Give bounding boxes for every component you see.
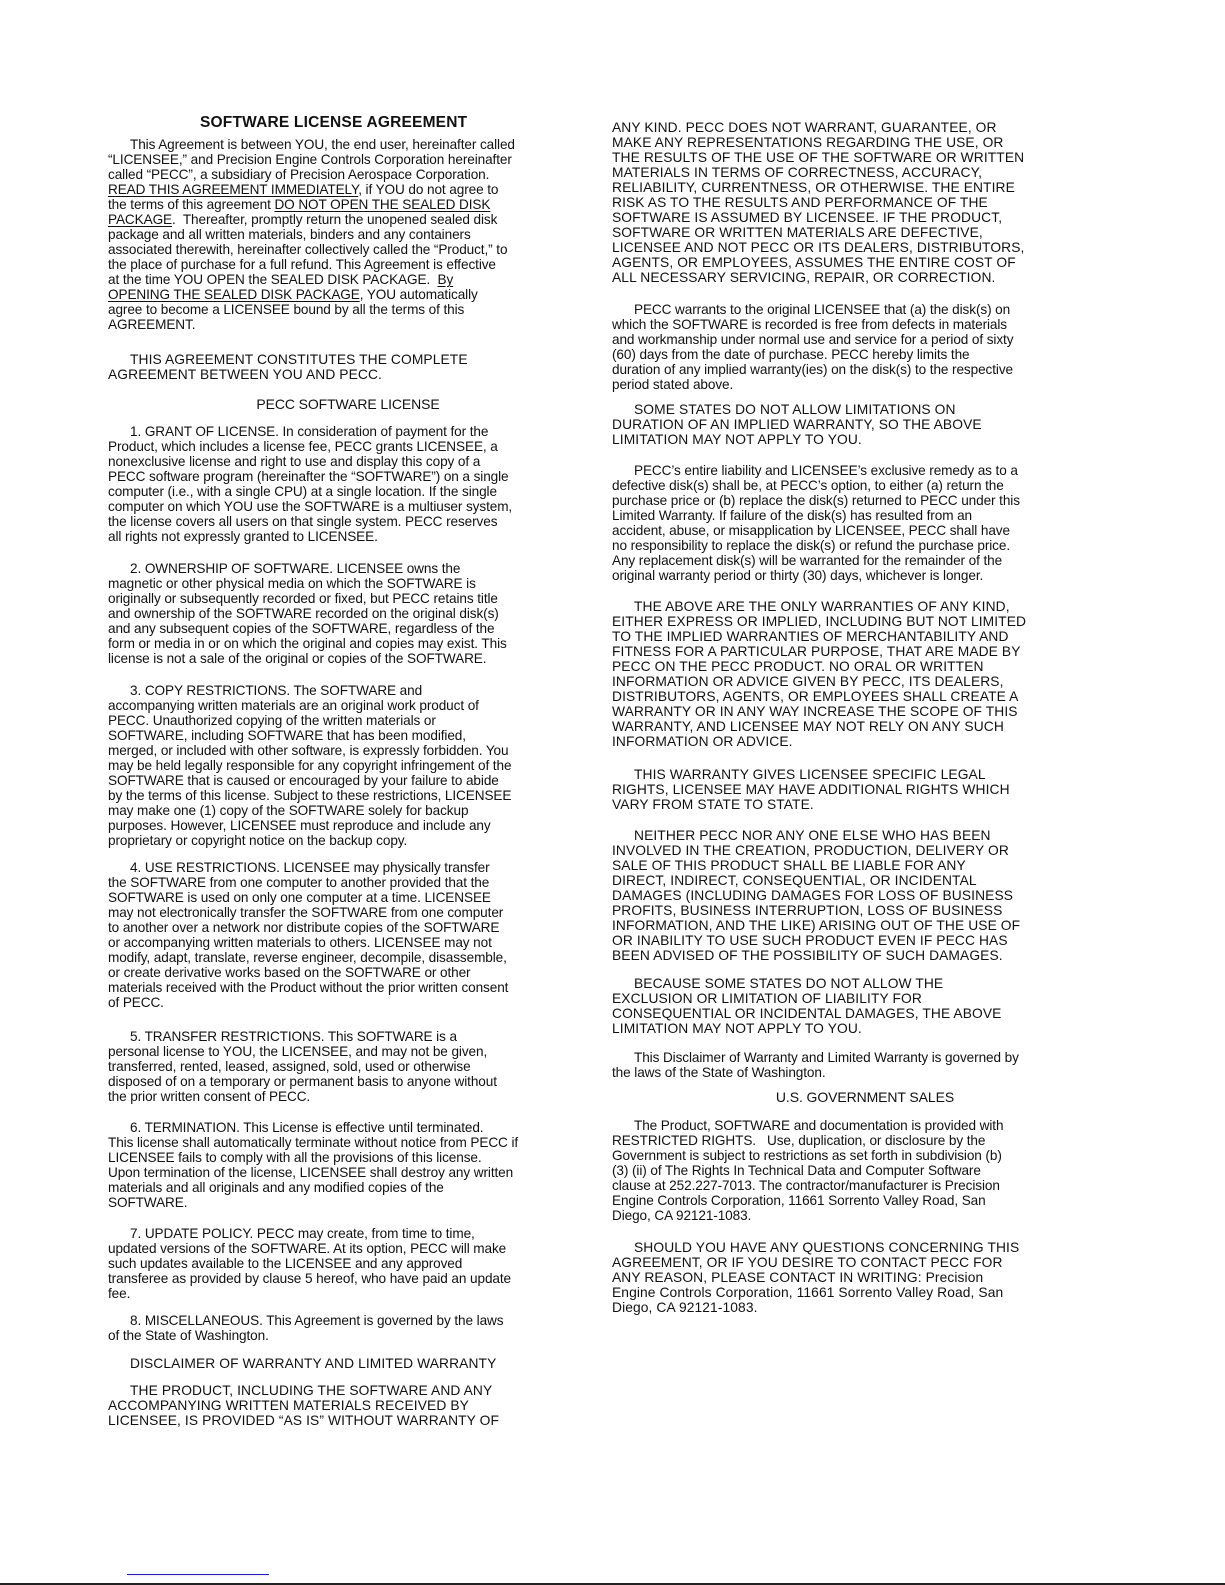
text-line: accident, abuse, or misapplication by LI…	[612, 523, 1118, 538]
text-line: materials and all originals and any modi…	[108, 1180, 588, 1195]
text-line: SOFTWARE that is caused or encouraged by…	[108, 773, 588, 788]
text-line: defective disk(s) shall be, at PECC’s op…	[612, 478, 1118, 493]
text-line: DURATION OF AN IMPLIED WARRANTY, SO THE …	[612, 417, 1118, 432]
section-7-update: 7. UPDATE POLICY. PECC may create, from …	[108, 1226, 588, 1301]
text-line: Engine Controls Corporation, 11661 Sorre…	[612, 1285, 1118, 1300]
only-warranties-paragraph: THE ABOVE ARE THE ONLY WARRANTIES OF ANY…	[612, 599, 1118, 749]
text-line: BECAUSE SOME STATES DO NOT ALLOW THE	[612, 976, 1118, 991]
text-line: THIS AGREEMENT CONSTITUTES THE COMPLETE	[108, 352, 588, 367]
section-2-ownership: 2. OWNERSHIP OF SOFTWARE. LICENSEE owns …	[108, 561, 588, 666]
text-line: MATERIALS IN TERMS OF CORRECTNESS, ACCUR…	[612, 165, 1118, 180]
text-line: This license shall automatically termina…	[108, 1135, 588, 1150]
text-line: of PECC.	[108, 995, 588, 1010]
text-line: purposes. However, LICENSEE must reprodu…	[108, 818, 588, 833]
text-line: SOFTWARE OR WRITTEN MATERIALS ARE DEFECT…	[612, 225, 1118, 240]
text-line: may not electronically transfer the SOFT…	[108, 905, 588, 920]
text-line: PECC ON THE PECC PRODUCT. NO ORAL OR WRI…	[612, 659, 1118, 674]
text-line: computer on which YOU use the SOFTWARE i…	[108, 499, 588, 514]
text-line: 8. MISCELLANEOUS. This Agreement is gove…	[108, 1313, 588, 1328]
disclaimer-paragraph-start: THE PRODUCT, INCLUDING THE SOFTWARE AND …	[108, 1383, 588, 1428]
text-line: RISK AS TO THE RESULTS AND PERFORMANCE O…	[612, 195, 1118, 210]
section-8-misc: 8. MISCELLANEOUS. This Agreement is gove…	[108, 1313, 588, 1343]
text-line: EXCLUSION OR LIMITATION OF LIABILITY FOR	[612, 991, 1118, 1006]
text-line: The Product, SOFTWARE and documentation …	[612, 1118, 1118, 1133]
text-line: RIGHTS, LICENSEE MAY HAVE ADDITIONAL RIG…	[612, 782, 1118, 797]
scan-artifact-blue-line	[127, 1574, 269, 1575]
gov-sales-heading: U.S. GOVERNMENT SALES	[612, 1090, 1118, 1105]
text-line: associated therewith, hereinafter collec…	[108, 242, 588, 257]
text-line: THE PRODUCT, INCLUDING THE SOFTWARE AND …	[108, 1383, 588, 1398]
text-line: INFORMATION OR ADVICE GIVEN BY PECC, ITS…	[612, 674, 1118, 689]
text-fragment: , YOU automatically	[360, 287, 478, 302]
text-line: Engine Controls Corporation, 11661 Sorre…	[612, 1193, 1118, 1208]
text-line: may make one (1) copy of the SOFTWARE so…	[108, 803, 588, 818]
section-5-transfer: 5. TRANSFER RESTRICTIONS. This SOFTWARE …	[108, 1029, 588, 1104]
text-line: BEEN ADVISED OF THE POSSIBILITY OF SUCH …	[612, 948, 1118, 963]
section-heading: U.S. GOVERNMENT SALES	[612, 1090, 1118, 1105]
text-line: Government is subject to restrictions as…	[612, 1148, 1118, 1163]
text-fragment: , if YOU do not agree to	[358, 182, 498, 197]
text-line: the prior written consent of PECC.	[108, 1089, 588, 1104]
text-line: PECC software program (hereinafter the “…	[108, 469, 588, 484]
text-line: transferee as provided by clause 5 hereo…	[108, 1271, 588, 1286]
text-line: license is not a sale of the original or…	[108, 651, 588, 666]
text-line: MAKE ANY REPRESENTATIONS REGARDING THE U…	[612, 135, 1118, 150]
text-line: and workmanship under normal use and ser…	[612, 332, 1118, 347]
text-line: THIS WARRANTY GIVES LICENSEE SPECIFIC LE…	[612, 767, 1118, 782]
text-line: THE ABOVE ARE THE ONLY WARRANTIES OF ANY…	[612, 599, 1118, 614]
text-line: INVOLVED IN THE CREATION, PRODUCTION, DE…	[612, 843, 1118, 858]
text-line: THE RESULTS OF THE USE OF THE SOFTWARE O…	[612, 150, 1118, 165]
text-line: LIMITATION MAY NOT APPLY TO YOU.	[612, 432, 1118, 447]
text-line: SOFTWARE is used on only one computer at…	[108, 890, 588, 905]
text-line: ANY KIND. PECC DOES NOT WARRANT, GUARANT…	[612, 120, 1118, 135]
section-6-termination: 6. TERMINATION. This License is effectiv…	[108, 1120, 588, 1210]
text-line: PACKAGE. Thereafter, promptly return the…	[108, 212, 588, 227]
text-line: accompanying written materials are an or…	[108, 698, 588, 713]
text-line: DIRECT, INDIRECT, CONSEQUENTIAL, OR INCI…	[612, 873, 1118, 888]
disclaimer-paragraph-continued: ANY KIND. PECC DOES NOT WARRANT, GUARANT…	[612, 120, 1118, 285]
text-line: PROFITS, BUSINESS INTERRUPTION, LOSS OF …	[612, 903, 1118, 918]
text-line: or accompanying written materials to oth…	[108, 935, 588, 950]
text-line: AGREEMENT, OR IF YOU DESIRE TO CONTACT P…	[612, 1255, 1118, 1270]
text-line: TO THE IMPLIED WARRANTIES OF MERCHANTABI…	[612, 629, 1118, 644]
text-line: duration of any implied warranty(ies) on…	[612, 362, 1118, 377]
text-line: DAMAGES (INCLUDING DAMAGES FOR LOSS OF B…	[612, 888, 1118, 903]
text-line: ALL NECESSARY SERVICING, REPAIR, OR CORR…	[612, 270, 1118, 285]
text-line: (3) (ii) of The Rights In Technical Data…	[612, 1163, 1118, 1178]
text-line: SOFTWARE IS ASSUMED BY LICENSEE. IF THE …	[612, 210, 1118, 225]
text-line: CONSEQUENTIAL OR INCIDENTAL DAMAGES, THE…	[612, 1006, 1118, 1021]
underlined-warning: By	[437, 272, 453, 287]
section-4-use: 4. USE RESTRICTIONS. LICENSEE may physic…	[108, 860, 588, 1010]
contact-paragraph: SHOULD YOU HAVE ANY QUESTIONS CONCERNING…	[612, 1240, 1118, 1315]
text-line: DISTRIBUTORS, AGENTS, OR EMPLOYEES SHALL…	[612, 689, 1118, 704]
limited-warranty-paragraph: PECC warrants to the original LICENSEE t…	[612, 302, 1118, 392]
text-line: no responsibility to replace the disk(s)…	[612, 538, 1118, 553]
text-line: LICENSEE, IS PROVIDED “AS IS” WITHOUT WA…	[108, 1413, 588, 1428]
text-line: EITHER EXPRESS OR IMPLIED, INCLUDING BUT…	[612, 614, 1118, 629]
text-line: materials received with the Product with…	[108, 980, 588, 995]
disclaimer-heading: DISCLAIMER OF WARRANTY AND LIMITED WARRA…	[108, 1356, 588, 1371]
text-line: 3. COPY RESTRICTIONS. The SOFTWARE and	[108, 683, 588, 698]
text-line: Limited Warranty. If failure of the disk…	[612, 508, 1118, 523]
section-1-grant: 1. GRANT OF LICENSE. In consideration of…	[108, 424, 588, 544]
text-fragment: at the time YOU OPEN the SEALED DISK PAC…	[108, 272, 437, 287]
text-line: magnetic or other physical media on whic…	[108, 576, 588, 591]
text-line: SOFTWARE, including SOFTWARE that has be…	[108, 728, 588, 743]
text-line: and any subsequent copies of the SOFTWAR…	[108, 621, 588, 636]
text-line: WARRANTY OR IN ANY WAY INCREASE THE SCOP…	[612, 704, 1118, 719]
text-line: 4. USE RESTRICTIONS. LICENSEE may physic…	[108, 860, 588, 875]
text-line: transferred, rented, leased, assigned, s…	[108, 1059, 588, 1074]
specific-rights-paragraph: THIS WARRANTY GIVES LICENSEE SPECIFIC LE…	[612, 767, 1118, 812]
text-line: FITNESS FOR A PARTICULAR PURPOSE, THAT A…	[612, 644, 1118, 659]
text-line: disposed of on a temporary or permanent …	[108, 1074, 588, 1089]
text-line: SOME STATES DO NOT ALLOW LIMITATIONS ON	[612, 402, 1118, 417]
text-line: proprietary or copyright notice on the b…	[108, 833, 588, 848]
text-line: SOFTWARE.	[108, 1195, 588, 1210]
complete-agreement-paragraph: THIS AGREEMENT CONSTITUTES THE COMPLETE …	[108, 352, 588, 382]
text-line: LICENSEE AND NOT PECC OR ITS DEALERS, DI…	[612, 240, 1118, 255]
text-line: nonexclusive license and right to use an…	[108, 454, 588, 469]
text-line: SALE OF THIS PRODUCT SHALL BE LIABLE FOR…	[612, 858, 1118, 873]
text-line: Upon termination of the license, LICENSE…	[108, 1165, 588, 1180]
intro-paragraph: This Agreement is between YOU, the end u…	[108, 137, 588, 332]
text-line: “LICENSEE,” and Precision Engine Control…	[108, 152, 588, 167]
text-line: computer (i.e., with a single CPU) at a …	[108, 484, 588, 499]
text-line: the laws of the State of Washington.	[612, 1065, 1118, 1080]
text-line: of the State of Washington.	[108, 1328, 588, 1343]
text-line: clause at 252.227-7013. The contractor/m…	[612, 1178, 1118, 1193]
text-line: This Disclaimer of Warranty and Limited …	[612, 1050, 1118, 1065]
governing-law-paragraph: This Disclaimer of Warranty and Limited …	[612, 1050, 1118, 1080]
underlined-warning: OPENING THE SEALED DISK PACKAGE	[108, 287, 360, 302]
text-line: 1. GRANT OF LICENSE. In consideration of…	[108, 424, 588, 439]
exclusion-paragraph: BECAUSE SOME STATES DO NOT ALLOW THE EXC…	[612, 976, 1118, 1036]
text-line: the place of purchase for a full refund.…	[108, 257, 588, 272]
text-fragment: the terms of this agreement	[108, 197, 274, 212]
underlined-warning: PACKAGE	[108, 212, 172, 227]
text-line: VARY FROM STATE TO STATE.	[612, 797, 1118, 812]
text-line: form or media in or on which the origina…	[108, 636, 588, 651]
text-line: NEITHER PECC NOR ANY ONE ELSE WHO HAS BE…	[612, 828, 1118, 843]
text-line: the terms of this agreement DO NOT OPEN …	[108, 197, 588, 212]
text-line: AGENTS, OR EMPLOYEES, ASSUMES THE ENTIRE…	[612, 255, 1118, 270]
text-line: all rights not expressly granted to LICE…	[108, 529, 588, 544]
text-line: which the SOFTWARE is recorded is free f…	[612, 317, 1118, 332]
text-line: RELIABILITY, CURRENTNESS, OR OTHERWISE. …	[612, 180, 1118, 195]
text-line: ANY REASON, PLEASE CONTACT IN WRITING: P…	[612, 1270, 1118, 1285]
text-line: INFORMATION OR ADVICE.	[612, 734, 1118, 749]
no-liability-paragraph: NEITHER PECC NOR ANY ONE ELSE WHO HAS BE…	[612, 828, 1118, 963]
text-line: updated versions of the SOFTWARE. At its…	[108, 1241, 588, 1256]
text-line: LICENSEE fails to comply with all the pr…	[108, 1150, 588, 1165]
text-line: period stated above.	[612, 377, 1118, 392]
text-line: originally or subsequently recorded or f…	[108, 591, 588, 606]
text-line: such updates available to the LICENSEE a…	[108, 1256, 588, 1271]
text-line: agree to become a LICENSEE bound by all …	[108, 302, 588, 317]
text-line: ACCOMPANYING WRITTEN MATERIALS RECEIVED …	[108, 1398, 588, 1413]
license-heading: PECC SOFTWARE LICENSE	[108, 397, 588, 412]
text-line: the SOFTWARE from one computer to anothe…	[108, 875, 588, 890]
underlined-warning: DO NOT OPEN THE SEALED DISK	[274, 197, 490, 212]
text-line: OPENING THE SEALED DISK PACKAGE, YOU aut…	[108, 287, 588, 302]
text-line: AGREEMENT BETWEEN YOU AND PECC.	[108, 367, 588, 382]
section-3-copy: 3. COPY RESTRICTIONS. The SOFTWARE and a…	[108, 683, 588, 848]
text-line: package and all written materials, binde…	[108, 227, 588, 242]
text-line: Diego, CA 92121-1083.	[612, 1300, 1118, 1315]
text-line: PECC warrants to the original LICENSEE t…	[612, 302, 1118, 317]
text-line: fee.	[108, 1286, 588, 1301]
text-line: Any replacement disk(s) will be warrante…	[612, 553, 1118, 568]
text-line: LIMITATION MAY NOT APPLY TO YOU.	[612, 1021, 1118, 1036]
text-line: the license covers all users on that sin…	[108, 514, 588, 529]
text-line: INFORMATION, AND THE LIKE) ARISING OUT O…	[612, 918, 1118, 933]
underlined-warning: READ THIS AGREEMENT IMMEDIATELY	[108, 182, 358, 197]
text-line: READ THIS AGREEMENT IMMEDIATELY, if YOU …	[108, 182, 588, 197]
gov-sales-paragraph: The Product, SOFTWARE and documentation …	[612, 1118, 1118, 1223]
text-line: to another over a network nor distribute…	[108, 920, 588, 935]
text-line: modify, adapt, translate, reverse engine…	[108, 950, 588, 965]
text-line: 5. TRANSFER RESTRICTIONS. This SOFTWARE …	[108, 1029, 588, 1044]
text-line: 6. TERMINATION. This License is effectiv…	[108, 1120, 588, 1135]
text-fragment: . Thereafter, promptly return the unopen…	[172, 212, 497, 227]
text-line: at the time YOU OPEN the SEALED DISK PAC…	[108, 272, 588, 287]
text-line: may be held legally responsible for any …	[108, 758, 588, 773]
section-heading: PECC SOFTWARE LICENSE	[108, 397, 588, 412]
text-line: called “PECC”, a subsidiary of Precision…	[108, 167, 588, 182]
text-line: OR INABILITY TO USE SUCH PRODUCT EVEN IF…	[612, 933, 1118, 948]
text-line: RESTRICTED RIGHTS. Use, duplication, or …	[612, 1133, 1118, 1148]
text-line: purchase price or (b) replace the disk(s…	[612, 493, 1118, 508]
text-line: AGREEMENT.	[108, 317, 588, 332]
text-line: PECC. Unauthorized copying of the writte…	[108, 713, 588, 728]
text-line: (60) days from the date of purchase. PEC…	[612, 347, 1118, 362]
remedy-paragraph: PECC’s entire liability and LICENSEE’s e…	[612, 463, 1118, 583]
text-line: WARRANTY, AND LICENSEE MAY NOT RELY ON A…	[612, 719, 1118, 734]
text-line: Product, which includes a license fee, P…	[108, 439, 588, 454]
implied-warranty-limitation-paragraph: SOME STATES DO NOT ALLOW LIMITATIONS ON …	[612, 402, 1118, 447]
text-line: or create derivative works based on the …	[108, 965, 588, 980]
document-title: SOFTWARE LICENSE AGREEMENT	[200, 114, 467, 132]
text-line: original warranty period or thirty (30) …	[612, 568, 1118, 583]
text-line: PECC’s entire liability and LICENSEE’s e…	[612, 463, 1118, 478]
text-line: This Agreement is between YOU, the end u…	[108, 137, 588, 152]
text-line: 7. UPDATE POLICY. PECC may create, from …	[108, 1226, 588, 1241]
text-line: merged, or included with other software,…	[108, 743, 588, 758]
text-line: and ownership of the SOFTWARE recorded o…	[108, 606, 588, 621]
text-line: personal license to YOU, the LICENSEE, a…	[108, 1044, 588, 1059]
text-line: SHOULD YOU HAVE ANY QUESTIONS CONCERNING…	[612, 1240, 1118, 1255]
scanned-document-page: SOFTWARE LICENSE AGREEMENT This Agreemen…	[0, 0, 1225, 1585]
text-line: 2. OWNERSHIP OF SOFTWARE. LICENSEE owns …	[108, 561, 588, 576]
section-heading: DISCLAIMER OF WARRANTY AND LIMITED WARRA…	[108, 1356, 588, 1371]
text-line: Diego, CA 92121-1083.	[612, 1208, 1118, 1223]
text-line: by the terms of this license. Subject to…	[108, 788, 588, 803]
